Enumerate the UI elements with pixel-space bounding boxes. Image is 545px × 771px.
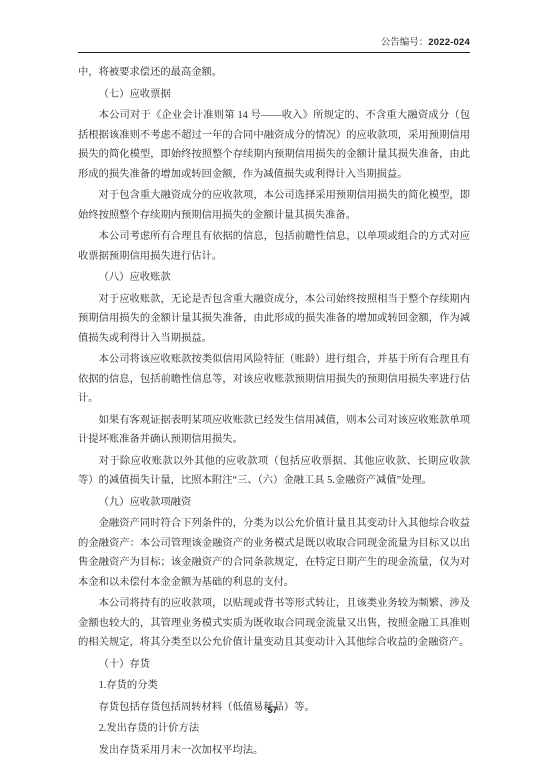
sub-heading: 2.发出存货的计价方法 bbox=[78, 719, 470, 739]
paragraph: 对于除应收账款以外其他的应收款项（包括应收票据、其他应收款、长期应收款等）的减值… bbox=[78, 452, 470, 491]
section-heading: （十）存货 bbox=[78, 655, 470, 675]
paragraph: 金融资产同时符合下列条件的，分类为以公允价值计量且其变动计入其他综合收益的金融资… bbox=[78, 514, 470, 592]
paragraph: 本公司对于《企业会计准则第 14 号——收入》所规定的、不含重大融资成分（包括根… bbox=[78, 106, 470, 184]
sub-heading: 1.存货的分类 bbox=[78, 676, 470, 696]
paragraph: 本公司考虑所有合理且有依据的信息，包括前瞻性信息，以单项或组合的方式对应收票据预… bbox=[78, 227, 470, 266]
paragraph: 本公司将持有的应收款项，以贴现或背书等形式转让，且该类业务较为频繁、涉及金额也较… bbox=[78, 594, 470, 653]
paragraph: 对于包含重大融资成分的应收款项，本公司选择采用预期信用损失的简化模型，即始终按照… bbox=[78, 186, 470, 225]
announcement-number-value: 2022-024 bbox=[428, 37, 470, 48]
paragraph: 如果有客观证据表明某项应收账款已经发生信用减值，则本公司对该应收账款单项计提坏账… bbox=[78, 411, 470, 450]
document-body: 中，将被要求偿还的最高金额。（七）应收票据本公司对于《企业会计准则第 14 号—… bbox=[78, 63, 470, 762]
section-heading: （八）应收账款 bbox=[78, 268, 470, 288]
section-heading: （七）应收票据 bbox=[78, 85, 470, 105]
document-page: 公告编号：2022-024 中，将被要求偿还的最高金额。（七）应收票据本公司对于… bbox=[0, 0, 545, 771]
paragraph: 本公司将该应收账款按类似信用风险特征（账龄）进行组合，并基于所有合理且有依据的信… bbox=[78, 350, 470, 409]
announcement-number-header: 公告编号：2022-024 bbox=[78, 37, 470, 49]
section-heading: （九）应收款项融资 bbox=[78, 493, 470, 513]
paragraph: 对于应收账款，无论是否包含重大融资成分，本公司始终按照相当于整个存续期内预期信用… bbox=[78, 290, 470, 349]
page-number: 57 bbox=[0, 704, 545, 716]
header-divider-line bbox=[78, 52, 470, 53]
paragraph: 发出存货采用月末一次加权平均法。 bbox=[78, 741, 470, 761]
continuation-paragraph: 中，将被要求偿还的最高金额。 bbox=[78, 63, 470, 83]
announcement-number-label: 公告编号： bbox=[381, 38, 429, 48]
